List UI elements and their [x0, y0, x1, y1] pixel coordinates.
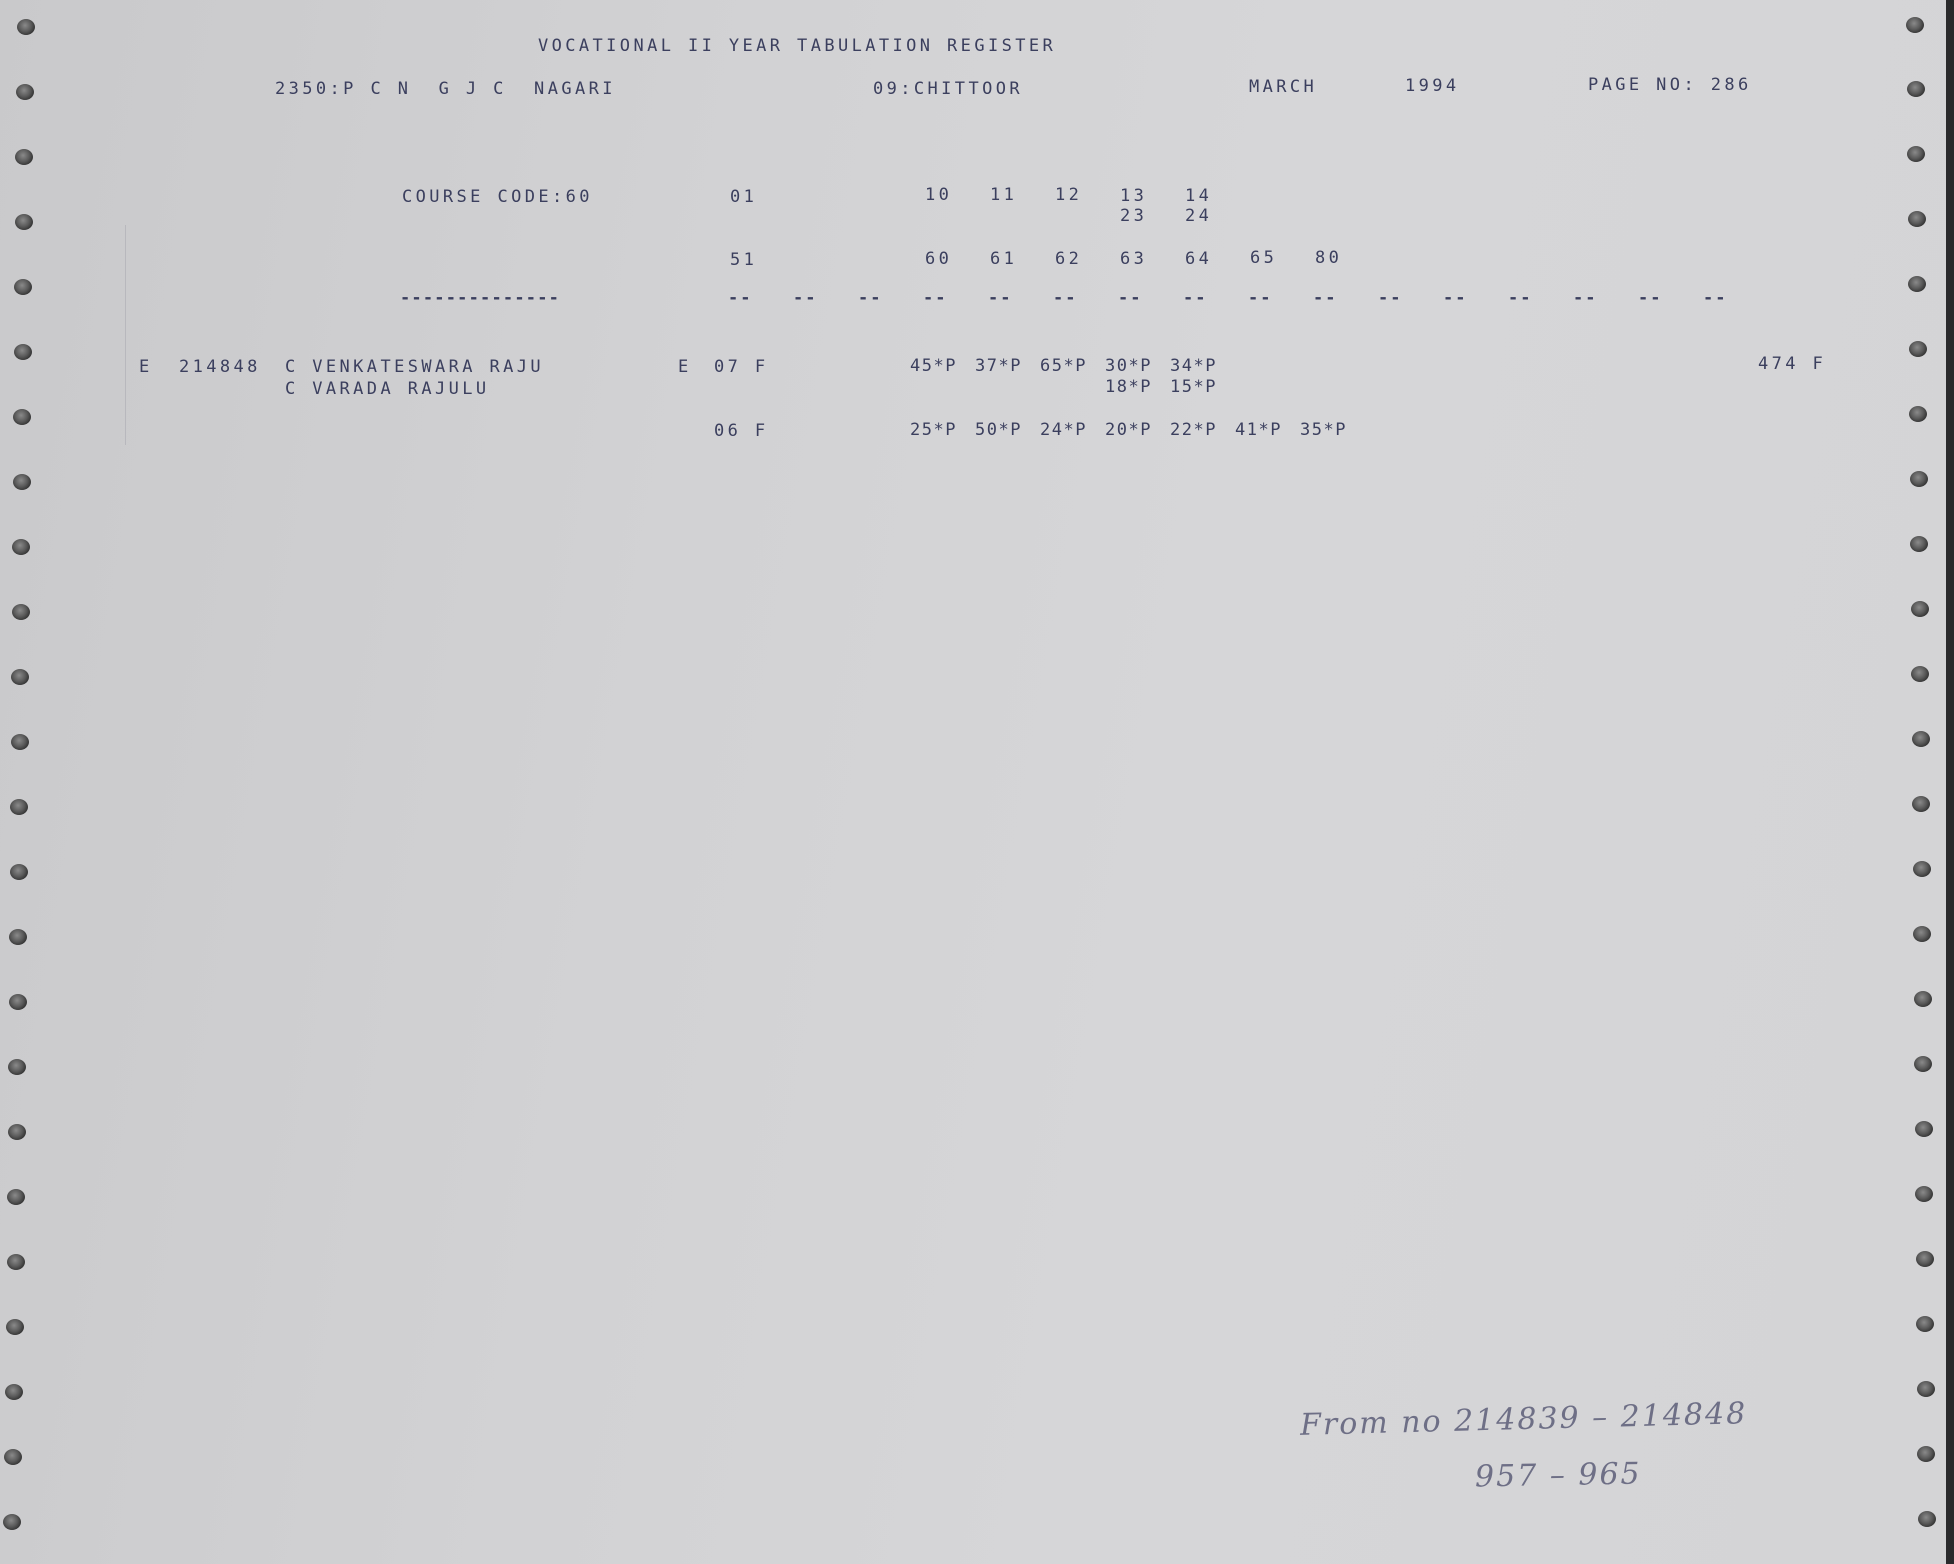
part1-result: 07 F — [714, 357, 769, 377]
dash: -- — [923, 288, 947, 308]
mark-cell: 15*P — [1170, 377, 1217, 397]
feed-hole — [17, 19, 35, 35]
feed-hole — [7, 1189, 25, 1205]
mark-cell: 37*P — [975, 356, 1022, 376]
feed-hole — [1906, 17, 1924, 33]
hall-ticket-number: 214848 — [179, 357, 261, 377]
subject-column: 80 — [1315, 248, 1342, 268]
subject-sub-column: 24 — [1185, 206, 1212, 226]
course-code-label: COURSE CODE:60 — [402, 187, 593, 207]
handwritten-note-line2: 957 – 965 — [1475, 1457, 1642, 1495]
feed-hole — [1914, 991, 1932, 1007]
feed-hole — [1917, 1381, 1935, 1397]
mark-cell: 45*P — [910, 356, 957, 376]
exam-month: MARCH — [1249, 77, 1317, 97]
feed-hole — [16, 84, 34, 100]
feed-hole — [10, 864, 28, 880]
subject-column: 60 — [925, 249, 952, 269]
mark-cell: 35*P — [1300, 420, 1347, 440]
subject-code: 51 — [730, 250, 757, 270]
feed-hole — [1907, 146, 1925, 162]
feed-hole — [1909, 406, 1927, 422]
feed-hole — [1912, 731, 1930, 747]
feed-hole — [1910, 536, 1928, 552]
subject-sub-column: 23 — [1120, 206, 1147, 226]
subject-column: 10 — [925, 185, 952, 205]
subject-column: 13 — [1120, 186, 1147, 206]
feed-hole — [6, 1319, 24, 1335]
feed-hole — [1914, 1056, 1932, 1072]
part2-result: 06 F — [714, 421, 769, 441]
feed-hole — [1908, 276, 1926, 292]
feed-hole — [1912, 796, 1930, 812]
dash: -- — [1573, 288, 1597, 308]
dash: -- — [1183, 288, 1207, 308]
feed-hole — [14, 344, 32, 360]
feed-hole — [1916, 1316, 1934, 1332]
dash: -- — [728, 288, 752, 308]
mark-cell: 50*P — [975, 420, 1022, 440]
feed-hole — [11, 669, 29, 685]
feed-hole — [8, 1059, 26, 1075]
feed-hole — [12, 604, 30, 620]
handwritten-note-line1: From no 214839 – 214848 — [1300, 1396, 1748, 1443]
feed-hole — [12, 539, 30, 555]
feed-hole — [15, 149, 33, 165]
feed-hole — [10, 799, 28, 815]
dash: -- — [1443, 288, 1467, 308]
medium: E — [678, 357, 692, 377]
dash: -- — [1313, 288, 1337, 308]
feed-hole — [1911, 666, 1929, 682]
student-category: E — [139, 357, 153, 377]
feed-hole — [11, 734, 29, 750]
dash: -- — [1118, 288, 1142, 308]
feed-hole — [1916, 1251, 1934, 1267]
feed-hole — [1913, 926, 1931, 942]
underline-dashes: -------------- — [400, 288, 560, 308]
page-number: PAGE NO: 286 — [1588, 75, 1752, 95]
subject-column: 62 — [1055, 249, 1082, 269]
dash: -- — [1508, 288, 1532, 308]
father-name: C VARADA RAJULU — [285, 379, 490, 399]
mark-cell: 34*P — [1170, 356, 1217, 376]
feed-hole — [1909, 341, 1927, 357]
mark-cell: 24*P — [1040, 420, 1087, 440]
feed-hole — [9, 994, 27, 1010]
subject-column: 64 — [1185, 249, 1212, 269]
feed-hole — [13, 409, 31, 425]
exam-year: 1994 — [1405, 76, 1460, 96]
dash: -- — [1053, 288, 1077, 308]
feed-hole — [3, 1514, 21, 1530]
dash: -- — [793, 288, 817, 308]
total-result: 474 F — [1758, 354, 1826, 374]
district: 09:CHITTOOR — [873, 79, 1023, 99]
subject-code: 01 — [730, 187, 757, 207]
subject-column: 65 — [1250, 248, 1277, 268]
mark-cell: 65*P — [1040, 356, 1087, 376]
mark-cell: 18*P — [1105, 377, 1152, 397]
feed-hole — [1913, 861, 1931, 877]
feed-hole — [5, 1384, 23, 1400]
feed-hole — [7, 1254, 25, 1270]
feed-hole — [8, 1124, 26, 1140]
feed-hole — [1907, 81, 1925, 97]
feed-hole — [13, 474, 31, 490]
feed-hole — [4, 1449, 22, 1465]
ruling-line — [125, 225, 126, 445]
feed-hole — [1910, 471, 1928, 487]
mark-cell: 20*P — [1105, 420, 1152, 440]
mark-cell: 41*P — [1235, 420, 1282, 440]
subject-column: 14 — [1185, 186, 1212, 206]
mark-cell: 25*P — [910, 420, 957, 440]
college-name: 2350:P C N G J C NAGARI — [275, 79, 616, 99]
dash: -- — [1638, 288, 1662, 308]
student-name: C VENKATESWARA RAJU — [285, 357, 544, 377]
feed-hole — [15, 214, 33, 230]
mark-cell: 22*P — [1170, 420, 1217, 440]
subject-column: 11 — [990, 185, 1017, 205]
feed-hole — [1918, 1511, 1936, 1527]
dash: -- — [1378, 288, 1402, 308]
feed-hole — [1908, 211, 1926, 227]
feed-hole — [1911, 601, 1929, 617]
feed-hole — [1915, 1186, 1933, 1202]
report-title: VOCATIONAL II YEAR TABULATION REGISTER — [538, 36, 1056, 56]
feed-hole — [14, 279, 32, 295]
dash: -- — [988, 288, 1012, 308]
subject-column: 63 — [1120, 249, 1147, 269]
subject-column: 12 — [1055, 185, 1082, 205]
mark-cell: 30*P — [1105, 356, 1152, 376]
page-edge — [1946, 0, 1954, 1564]
dash: -- — [1703, 288, 1727, 308]
feed-hole — [1915, 1121, 1933, 1137]
feed-hole — [1917, 1446, 1935, 1462]
dash: -- — [858, 288, 882, 308]
subject-column: 61 — [990, 249, 1017, 269]
feed-hole — [9, 929, 27, 945]
dash: -- — [1248, 288, 1272, 308]
